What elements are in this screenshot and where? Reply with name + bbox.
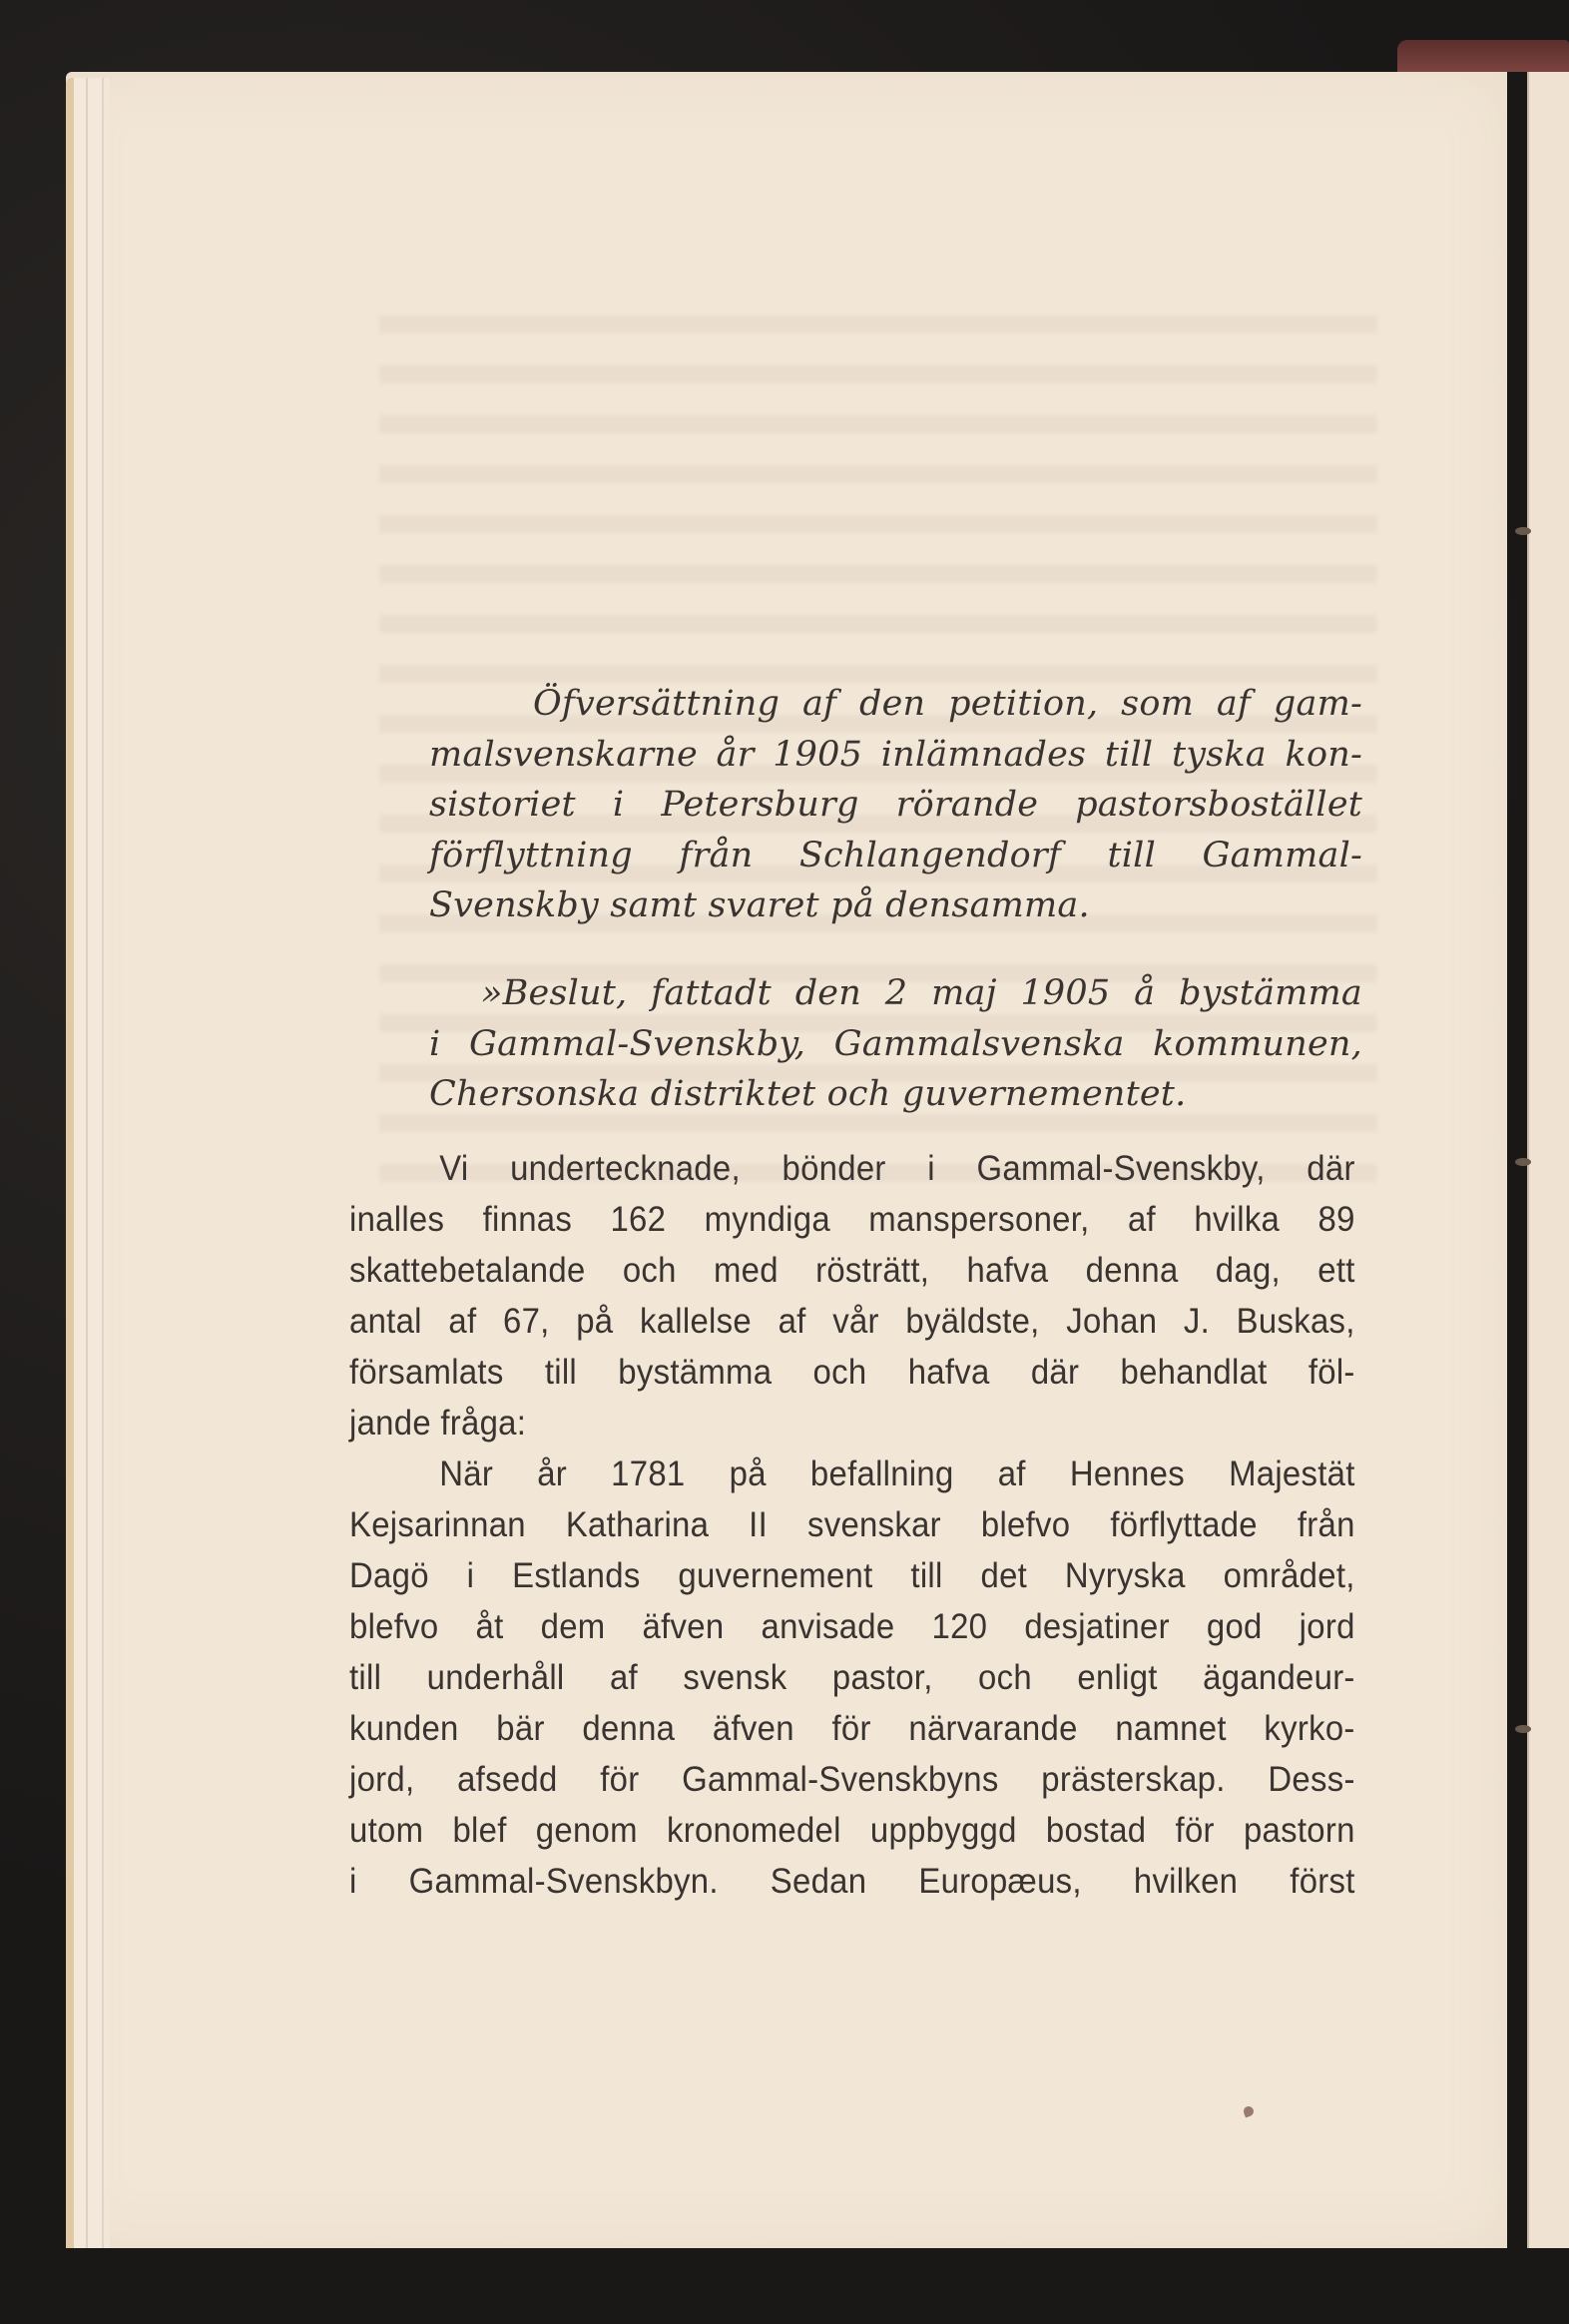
decision-line: Chersonska distriktet och guvernementet. <box>429 1069 1362 1120</box>
body-paragraph: När år 1781 på befallning af Hennes Maje… <box>349 1449 1355 1907</box>
body-line: Kejsarinnan Katharina II svenskar blefvo… <box>349 1499 1355 1550</box>
body-line: När år 1781 på befallning af Hennes Maje… <box>349 1449 1355 1499</box>
body-line: Vi undertecknade, bönder i Gammal-Svensk… <box>349 1143 1355 1194</box>
body-line: till underhåll af svensk pastor, och enl… <box>349 1652 1355 1703</box>
title-line: Öfversättning af den petition, som af ga… <box>429 679 1362 730</box>
body-paragraph: Vi undertecknade, bönder i Gammal-Svensk… <box>349 1143 1355 1449</box>
decision-line: i Gammal-Svenskby, Gammalsvenska kommune… <box>429 1019 1362 1070</box>
body-line: Dagö i Estlands guvernement till det Nyr… <box>349 1550 1355 1601</box>
title-line: malsvenskarne år 1905 inlämnades till ty… <box>429 730 1362 781</box>
body-text: Vi undertecknade, bönder i Gammal-Svensk… <box>349 1143 1355 1907</box>
title-line: sistoriet i Petersburg rörande pastorsbo… <box>429 780 1362 831</box>
body-line: i Gammal-Svenskbyn. Sedan Europæus, hvil… <box>349 1856 1355 1907</box>
binding-stitch-icon <box>1515 527 1531 535</box>
title-line: Svenskby samt svaret på densamma. <box>429 880 1362 931</box>
body-line: skattebetalande och med rösträtt, hafva … <box>349 1245 1355 1296</box>
binding-ribbon <box>1397 40 1569 72</box>
body-line: inalles finnas 162 myndiga manspersoner,… <box>349 1194 1355 1245</box>
title-paragraph: Öfversättning af den petition, som af ga… <box>429 679 1362 931</box>
body-line: jande fråga: <box>349 1398 1355 1449</box>
body-line: kunden bär denna äfven för närvarande na… <box>349 1703 1355 1754</box>
decision-line: »Beslut, fattadt den 2 maj 1905 å bystäm… <box>429 968 1362 1019</box>
body-line: församlats till bystämma och hafva där b… <box>349 1347 1355 1398</box>
page-stack-edges <box>66 78 110 2248</box>
binding-stitch-icon <box>1515 1725 1531 1733</box>
title-line: förflyttning från Schlangendorf till Gam… <box>429 831 1362 881</box>
body-line: antal af 67, på kallelse af vår byäldste… <box>349 1296 1355 1347</box>
body-line: utom blef genom kronomedel uppbyggd bost… <box>349 1805 1355 1856</box>
book-gutter <box>1527 72 1569 2248</box>
body-line: jord, afsedd för Gammal-Svenskbyns präst… <box>349 1754 1355 1805</box>
body-line: blefvo åt dem äfven anvisade 120 desjati… <box>349 1601 1355 1652</box>
decision-paragraph: »Beslut, fattadt den 2 maj 1905 å bystäm… <box>429 968 1362 1120</box>
binding-stitch-icon <box>1515 1158 1531 1166</box>
